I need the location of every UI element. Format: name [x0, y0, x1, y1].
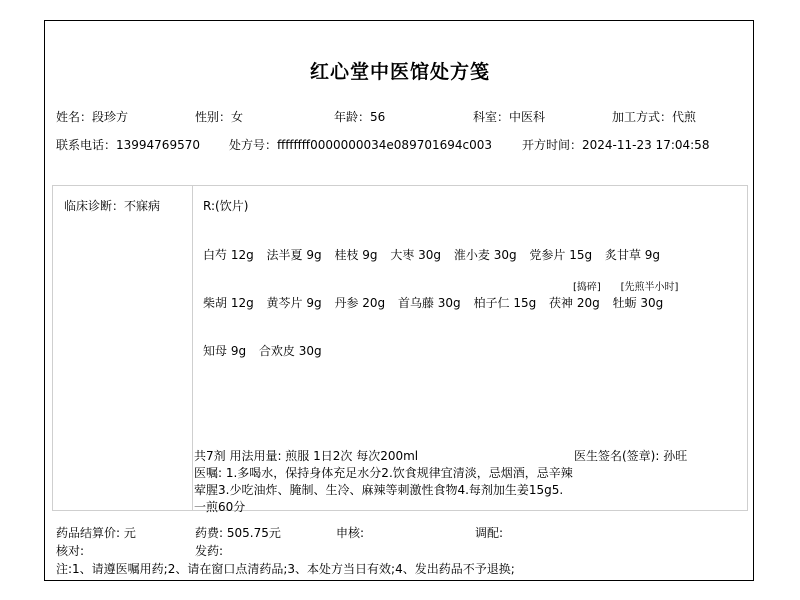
- patient-name: 姓名：段珍方: [56, 108, 128, 126]
- herb-label: 首乌藤 30g: [398, 296, 461, 310]
- herb-item: 知母 9g: [203, 342, 246, 359]
- patient-age: 年龄：56: [334, 108, 385, 126]
- medical-advice: 医嘱: 1.多喝水，保持身体充足水分2.饮食规律宜清淡，忌烟酒，忌辛辣荤腥3.少…: [194, 465, 574, 516]
- footer-notice: 注:1、请遵医嘱用药;2、请在窗口点清药品;3、本处方当日有效;4、发出药品不予…: [56, 560, 515, 577]
- rx-number: 处方号：ffffffff0000000034e089701694c003: [229, 136, 492, 154]
- herb-item: 淮小麦 30g: [454, 246, 517, 263]
- herb-item: 柴胡 12g: [203, 294, 254, 311]
- issue-field: 发药:: [195, 542, 223, 559]
- herb-label: 黄芩片 9g: [267, 296, 322, 310]
- herb-item: 柏子仁 15g: [474, 294, 537, 311]
- herb-line-2: 柴胡 12g 黄芩片 9g 丹参 20g 首乌藤 30g 柏子仁 15g [捣碎…: [203, 294, 672, 311]
- herb-item: [捣碎] 茯神 20g: [549, 294, 600, 311]
- herb-label: 茯神 20g: [549, 296, 600, 310]
- herb-item: 白芍 12g: [203, 246, 254, 263]
- prescription-body: 临床诊断：不寐病 R:(饮片) 白芍 12g 法半夏 9g 桂枝 9g 大枣 3…: [52, 185, 748, 511]
- herb-line-1: 白芍 12g 法半夏 9g 桂枝 9g 大枣 30g 淮小麦 30g 党参片 1…: [203, 246, 669, 263]
- herb-item: 黄芩片 9g: [267, 294, 322, 311]
- herb-label: 牡蛎 30g: [613, 296, 664, 310]
- herb-item: 桂枝 9g: [334, 246, 377, 263]
- page-title: 红心堂中医馆处方笺: [45, 57, 755, 84]
- herb-label: 丹参 20g: [334, 296, 385, 310]
- herb-item: 合欢皮 30g: [259, 342, 322, 359]
- doctor-signature: 医生签名(签章): 孙旺: [574, 447, 687, 464]
- processing-method: 加工方式：代煎: [612, 108, 696, 126]
- herb-line-3: 知母 9g 合欢皮 30g: [203, 342, 331, 359]
- usage-dosage: 共7剂 用法用量: 煎服 1日2次 每次200ml: [194, 447, 418, 464]
- diagnosis-column: 临床诊断：不寐病: [53, 186, 193, 510]
- herb-item: 首乌藤 30g: [398, 294, 461, 311]
- prescription-sheet: 红心堂中医馆处方笺 姓名：段珍方 性别：女 年龄：56 科室：中医科 加工方式：…: [44, 20, 754, 581]
- herb-label: 柏子仁 15g: [474, 296, 537, 310]
- dispense-field: 调配:: [475, 524, 503, 541]
- rx-time: 开方时间：2024-11-23 17:04:58: [522, 136, 709, 154]
- herb-note: [先煎半小时]: [621, 278, 679, 293]
- rx-column: R:(饮片) 白芍 12g 法半夏 9g 桂枝 9g 大枣 30g 淮小麦 30…: [193, 186, 747, 510]
- herb-item: [先煎半小时] 牡蛎 30g: [613, 294, 664, 311]
- drug-fee: 药费: 505.75元: [195, 524, 281, 541]
- herb-item: 大枣 30g: [390, 246, 441, 263]
- herb-item: 炙甘草 9g: [605, 246, 660, 263]
- herb-note: [捣碎]: [573, 278, 601, 293]
- check-field: 核对:: [56, 542, 84, 559]
- rx-header: R:(饮片): [203, 197, 248, 214]
- review-field: 申核:: [336, 524, 364, 541]
- herb-item: 党参片 15g: [529, 246, 592, 263]
- herb-item: 丹参 20g: [334, 294, 385, 311]
- herb-item: 法半夏 9g: [267, 246, 322, 263]
- settlement-price: 药品结算价: 元: [56, 524, 136, 541]
- patient-gender: 性别：女: [195, 108, 243, 126]
- clinical-diagnosis: 临床诊断：不寐病: [64, 197, 160, 214]
- herb-label: 柴胡 12g: [203, 296, 254, 310]
- department: 科室：中医科: [473, 108, 545, 126]
- patient-phone: 联系电话：13994769570: [56, 136, 200, 154]
